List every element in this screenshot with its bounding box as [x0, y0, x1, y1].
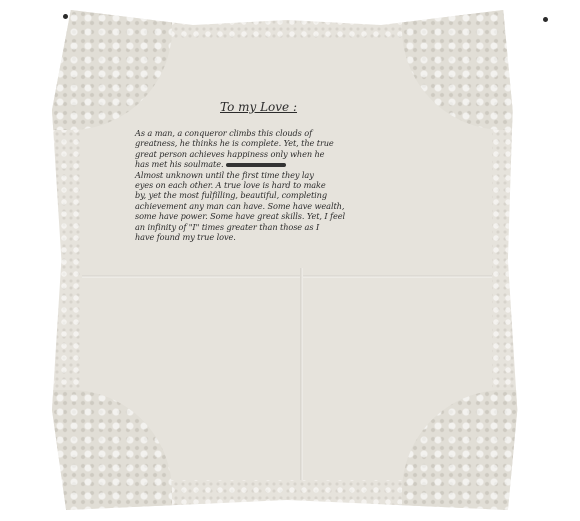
letter-line: by, yet the most fulfilling, beautiful, …: [135, 190, 370, 200]
pin-top-left: [63, 14, 68, 19]
letter-line: greatness, he thinks he is complete. Yet…: [135, 138, 370, 148]
letter-line: has met his soulmate.: [135, 159, 370, 169]
pin-top-right: [543, 17, 548, 22]
letter-line: some have power. Some have great skills.…: [135, 211, 370, 221]
letter-line-text: has met his soulmate.: [135, 159, 223, 169]
letter-line: eyes on each other. A true love is hard …: [135, 180, 370, 190]
horizontal-fold-crease: [82, 275, 492, 278]
crossed-out-scribble: [226, 163, 286, 167]
letter-line: achievement any man can have. Some have …: [135, 201, 370, 211]
handwritten-letter: To my Love : As a man, a conqueror climb…: [135, 100, 370, 242]
letter-title: To my Love :: [220, 100, 370, 114]
letter-line: great person achieves happiness only whe…: [135, 149, 370, 159]
letter-line: As a man, a conqueror climbs this clouds…: [135, 128, 370, 138]
letter-line: Almost unknown until the first time they…: [135, 170, 370, 180]
letter-line: have found my true love.: [135, 232, 370, 242]
letter-line: an infinity of "I" times greater than th…: [135, 222, 370, 232]
handkerchief: [52, 10, 522, 510]
vertical-fold-crease: [300, 268, 303, 480]
